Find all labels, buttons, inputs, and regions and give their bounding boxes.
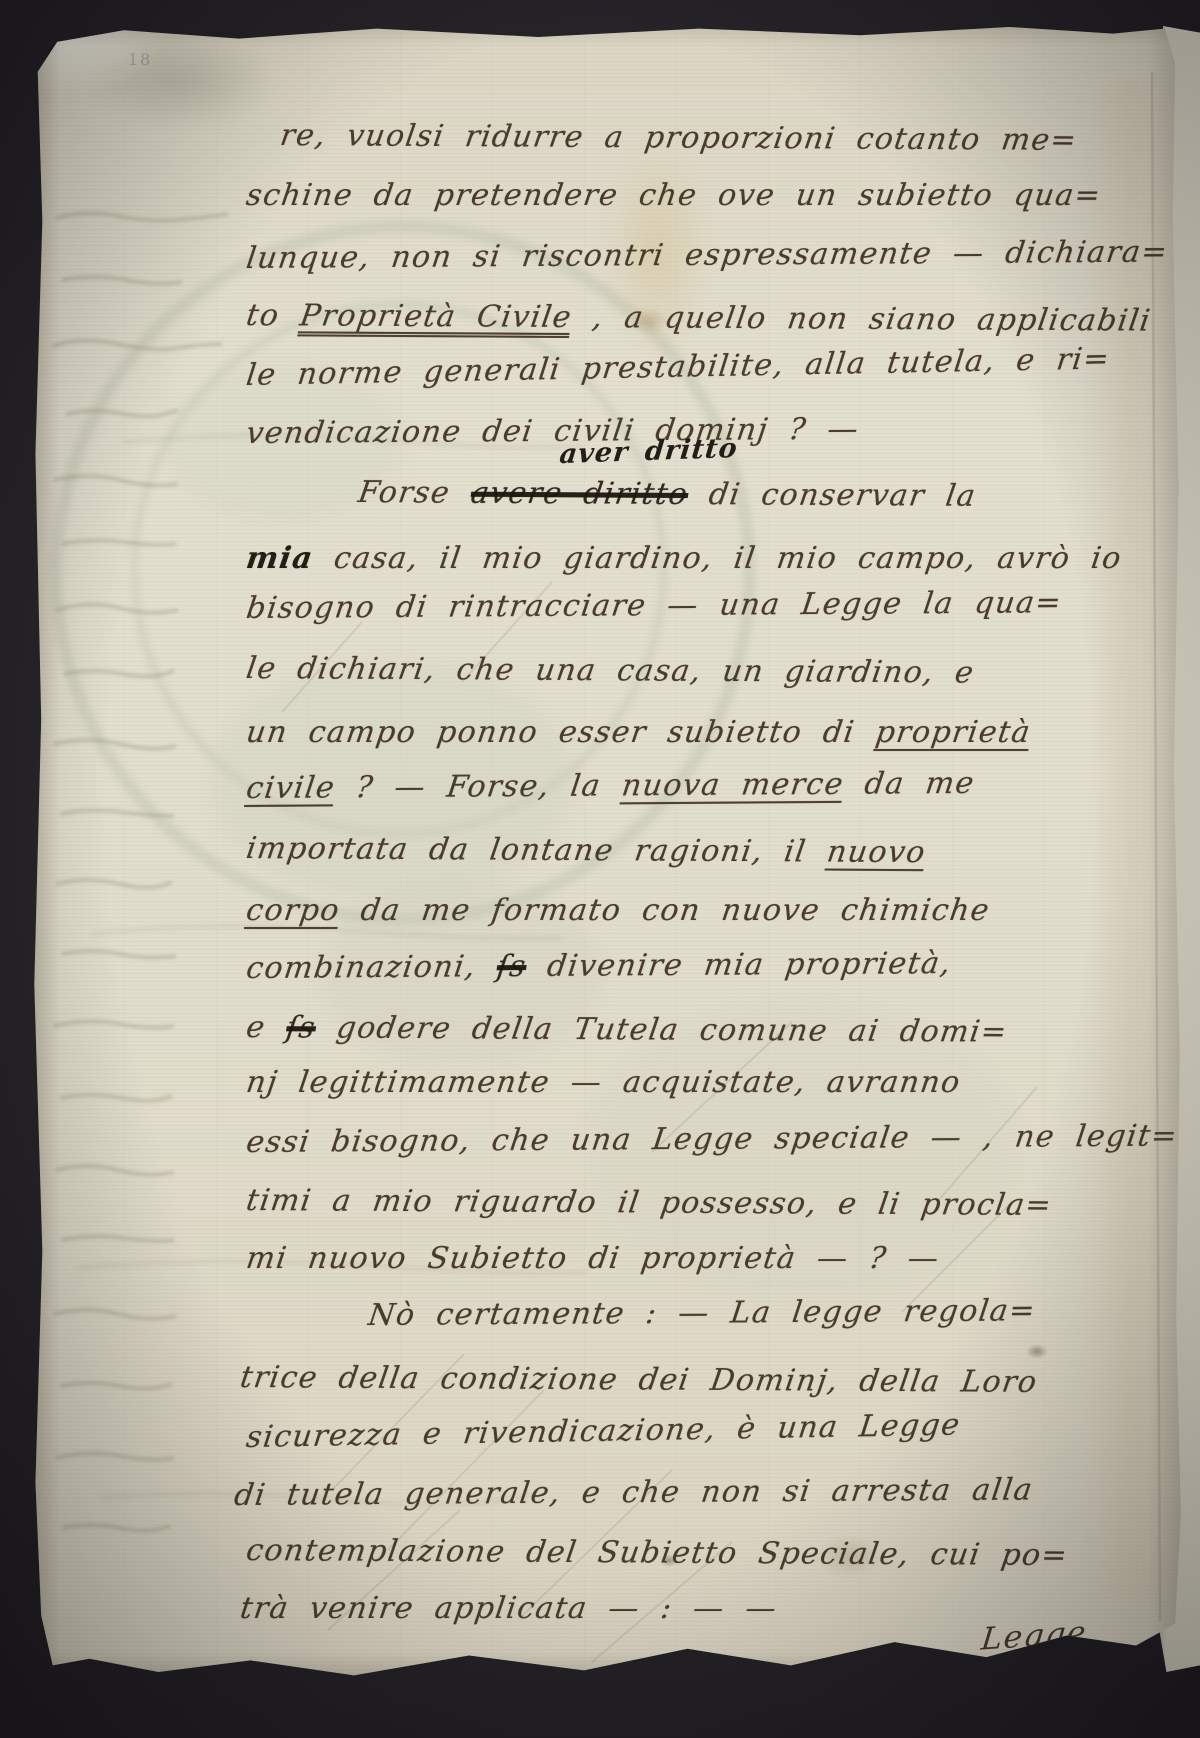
manuscript-line: corpo da me formato con nuove chimiche <box>244 893 992 928</box>
handwritten-text-block: re, vuolsi ridurre a proporzioni cotanto… <box>32 22 1182 1682</box>
text-segment: le norme generali prestabilite, alla tut… <box>244 341 1112 393</box>
text-segment: to <box>244 298 303 333</box>
manuscript-line: lunque, non si riscontri espressamente —… <box>244 235 1170 276</box>
manuscript-line-with-strikethrough: Forse avere diritto di conservar la <box>356 475 979 514</box>
text-segment: Nò certamente : — La legge regola= <box>366 1293 1038 1333</box>
interlinear-insertion: aver dritto <box>558 433 739 470</box>
text-segment: contemplazione del Subietto Speciale, cu… <box>244 1533 1071 1573</box>
text-segment: le dichiari, che una casa, un giardino, … <box>244 651 977 690</box>
text-segment: godere della Tutela comune ai domi= <box>313 1010 1010 1049</box>
text-segment: , a quello non siano applicabili <box>569 300 1153 339</box>
text-segment: nuovo <box>825 835 929 871</box>
manuscript-line: importata da lontane ragioni, il nuovo <box>244 831 928 870</box>
page-number: 18 <box>128 50 152 69</box>
text-segment: trà venire applicata — : — — <box>238 1591 780 1626</box>
text-segment: e <box>244 1010 289 1045</box>
manuscript-line: bisogno di rintracciare — una Legge la q… <box>244 585 1064 626</box>
manuscript-line: to Proprietà Civile , a quello non siano… <box>244 298 1154 339</box>
manuscript-line: timi a mio riguardo il possesso, e li pr… <box>244 1183 1055 1223</box>
text-segment: ? — Forse, la <box>333 768 624 805</box>
text-segment: bisogno di rintracciare — una Legge la q… <box>244 585 1064 626</box>
manuscript-line: sicurezza e rivendicazione, è una Legge <box>244 1408 962 1455</box>
manuscript-line: essi bisogno, che una Legge speciale — ,… <box>244 1119 1180 1160</box>
text-segment: proprietà <box>873 715 1033 750</box>
text-segment: casa, il mio giardino, il mio campo, avr… <box>311 541 1124 576</box>
text-segment: corpo <box>244 893 342 928</box>
manuscript-line-with-strikethrough: e ſs godere della Tutela comune ai domi= <box>244 1010 1010 1050</box>
text-segment: schine da pretendere che ove un subietto… <box>244 178 1104 213</box>
manuscript-scan: { "page": { "number": "18", "catchword":… <box>0 0 1200 1738</box>
text-segment: di conservar la <box>686 477 979 514</box>
text-segment: lunque, non si riscontri espressamente —… <box>244 235 1170 276</box>
text-segment: importata da lontane ragioni, il <box>244 831 830 870</box>
manuscript-line: trà venire applicata — : — — <box>238 1591 780 1626</box>
text-segment: re, vuolsi ridurre a proporzioni cotanto… <box>278 118 1080 158</box>
manuscript-line: Nò certamente : — La legge regola= <box>366 1293 1038 1333</box>
manuscript-line: re, vuolsi ridurre a proporzioni cotanto… <box>278 118 1080 158</box>
text-segment: mia <box>244 541 316 576</box>
manuscript-line: le norme generali prestabilite, alla tut… <box>244 341 1112 393</box>
text-segment: timi a mio riguardo il possesso, e li pr… <box>244 1183 1055 1223</box>
text-segment: combinazioni, <box>244 949 499 986</box>
manuscript-line: mi nuovo Subietto di proprietà — ? — <box>244 1241 942 1276</box>
manuscript-line: civile ? — Forse, la nuova merce da me <box>244 766 977 806</box>
manuscript-line: trice della condizione dei Dominj, della… <box>238 1360 1040 1400</box>
text-segment: un campo ponno esser subietto di <box>244 715 878 750</box>
manuscript-line: nj legittimamente — acquistate, avranno <box>244 1065 963 1100</box>
text-segment: di tutela generale, e che non si arresta… <box>232 1472 1035 1513</box>
text-segment: da me formato con nuove chimiche <box>338 893 993 928</box>
manuscript-line: schine da pretendere che ove un subietto… <box>244 178 1104 213</box>
text-segment: civile <box>244 770 337 806</box>
text-segment: Proprietà Civile <box>298 298 575 335</box>
manuscript-line: le dichiari, che una casa, un giardino, … <box>244 651 977 690</box>
manuscript-line: contemplazione del Subietto Speciale, cu… <box>244 1533 1071 1573</box>
text-segment: nuova merce <box>620 767 846 804</box>
text-segment: nj legittimamente — acquistate, avranno <box>244 1065 963 1100</box>
manuscript-line: mia casa, il mio giardino, il mio campo,… <box>244 541 1124 576</box>
text-segment: essi bisogno, che una Legge speciale — ,… <box>244 1119 1180 1160</box>
manuscript-sheet: re, vuolsi ridurre a proporzioni cotanto… <box>32 22 1182 1682</box>
catchword: Legge <box>980 1614 1089 1657</box>
manuscript-line-with-strikethrough: combinazioni, ſs divenire mia proprietà, <box>244 946 954 986</box>
text-segment: divenire mia proprietà, <box>524 946 954 984</box>
text-segment: Forse <box>356 475 474 511</box>
text-segment: sicurezza e rivendicazione, è una Legge <box>244 1408 962 1455</box>
text-segment: da me <box>841 766 977 802</box>
manuscript-line: un campo ponno esser subietto di proprie… <box>244 715 1033 750</box>
text-segment: vendicazione dei civili dominj ? — <box>244 412 861 451</box>
manuscript-line: di tutela generale, e che non si arresta… <box>232 1472 1035 1513</box>
text-segment: mi nuovo Subietto di proprietà — ? — <box>244 1241 942 1276</box>
text-segment: trice della condizione dei Dominj, della… <box>238 1360 1040 1400</box>
text-segment: avere diritto <box>469 476 691 512</box>
manuscript-line: vendicazione dei civili dominj ? — <box>244 412 861 451</box>
